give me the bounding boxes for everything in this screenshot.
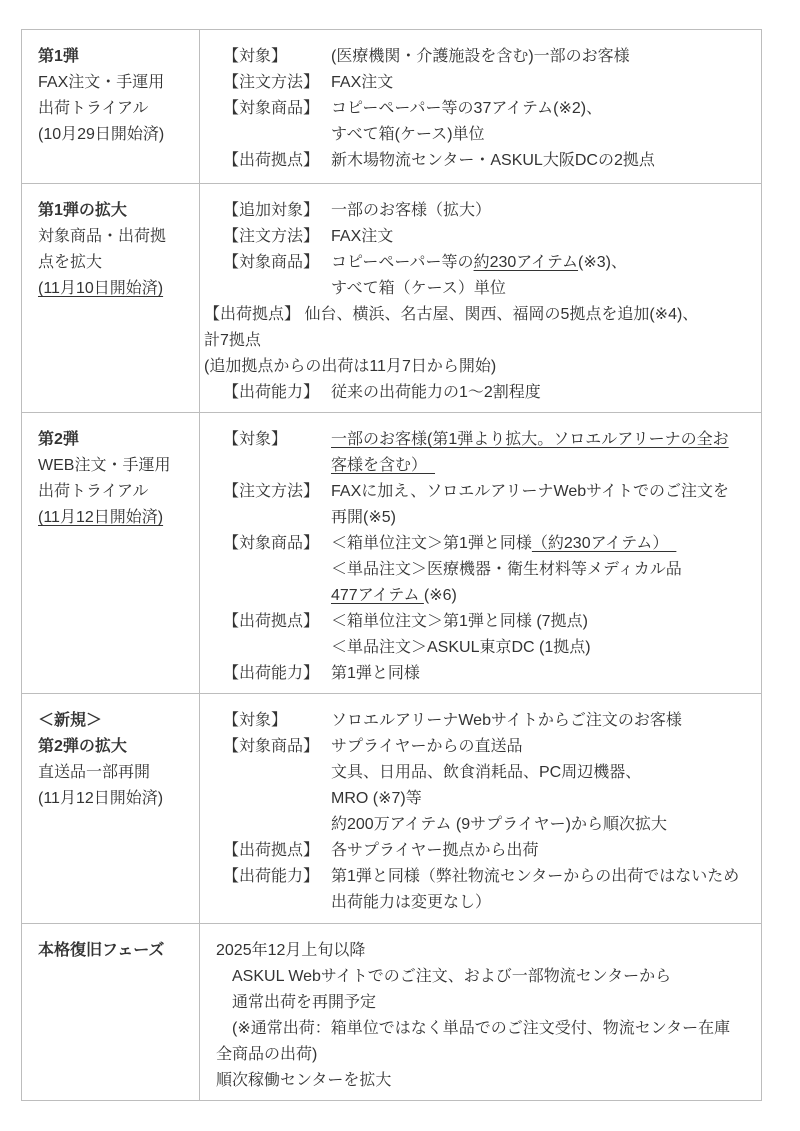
text-segment: 第1弾と同様 — [331, 665, 420, 682]
phase-line: ＜新規＞ — [38, 708, 191, 734]
text-segment: サプライヤーからの直送品 — [331, 738, 523, 755]
text-segment: 再開(※5) — [331, 509, 396, 526]
field-value: FAX注文 — [331, 224, 747, 250]
phase-line: 第2弾の拡大 — [38, 734, 191, 760]
text-segment: ＜箱単位注文＞第1弾と同様 — [331, 535, 532, 552]
text-segment: 約200万アイテム (9サプライヤー)から順次拡大 — [331, 816, 667, 833]
field-label: 【対象商品】 — [223, 734, 331, 760]
phase-cell: 第1弾FAX注文・手運用出荷トライアル(10月29日開始済) — [22, 30, 200, 184]
field-label: 【注文方法】 — [223, 479, 331, 505]
text-segment: すべて箱（ケース）単位 — [331, 280, 506, 297]
field-label: 【対象】 — [223, 427, 331, 453]
text-segment: (※3)、 — [578, 254, 627, 271]
field-label — [223, 505, 331, 531]
text-segment: 全商品の出荷) — [216, 1046, 317, 1063]
detail-line: 【注文方法】FAX注文 — [223, 70, 747, 96]
field-label: 【対象】 — [223, 44, 331, 70]
details-cell: 2025年12月上旬以降 ASKUL Webサイトでのご注文、および一部物流セン… — [200, 924, 762, 1101]
phase-line: (11月12日開始済) — [38, 505, 191, 531]
text-segment: (医療機関・介護施設を含む)一部のお客様 — [331, 48, 630, 65]
phase-line: FAX注文・手運用 — [38, 70, 191, 96]
detail-line: 【対象】(医療機関・介護施設を含む)一部のお客様 — [223, 44, 747, 70]
phase-line: (10月29日開始済) — [38, 122, 191, 148]
phase-line: 第2弾 — [38, 427, 191, 453]
underlined-text: 477アイテム — [331, 587, 424, 604]
field-value: サプライヤーからの直送品 — [331, 734, 747, 760]
text-segment: 出荷能力は変更なし） — [331, 894, 491, 911]
detail-line: (追加拠点からの出荷は11月7日から開始) — [204, 354, 747, 380]
field-label: 【出荷拠点】 — [223, 609, 331, 635]
text-segment: (追加拠点からの出荷は11月7日から開始) — [204, 358, 496, 375]
text-segment: ASKUL Webサイトでのご注文、および一部物流センターから — [216, 968, 671, 985]
detail-line: ＜単品注文＞ASKUL東京DC (1拠点) — [223, 635, 747, 661]
field-value: FAX注文 — [331, 70, 747, 96]
detail-line: ASKUL Webサイトでのご注文、および一部物流センターから — [204, 964, 747, 990]
field-value: コピーペーパー等の約230アイテム(※3)、 — [331, 250, 747, 276]
field-value: ＜箱単位注文＞第1弾と同様（約230アイテム） — [331, 531, 747, 557]
text-segment: 2025年12月上旬以降 — [216, 942, 365, 959]
phase-line: 本格復旧フェーズ — [38, 938, 191, 964]
field-value: ＜単品注文＞医療機器・衛生材料等メディカル品 — [331, 557, 747, 583]
detail-line: 出荷能力は変更なし） — [223, 890, 747, 916]
text-segment: ＜箱単位注文＞第1弾と同様 (7拠点) — [331, 613, 588, 630]
text-segment: 順次稼働センターを拡大 — [216, 1072, 391, 1089]
field-value: 従来の出荷能力の1～2割程度 — [331, 380, 747, 406]
field-label — [223, 812, 331, 838]
details-cell: 【対象】ソロエルアリーナWebサイトからご注文のお客様【対象商品】サプライヤーか… — [200, 694, 762, 924]
detail-line: 文具、日用品、飲食消耗品、PC周辺機器、 — [223, 760, 747, 786]
text-segment: すべて箱(ケース)単位 — [331, 126, 485, 143]
field-label — [223, 557, 331, 583]
text-segment: FAX注文 — [331, 74, 393, 91]
field-label: 【対象商品】 — [223, 96, 331, 122]
detail-line: 【追加対象】一部のお客様（拡大） — [223, 198, 747, 224]
text-segment: FAXに加え、ソロエルアリーナWebサイトでのご注文を — [331, 483, 729, 500]
field-value: すべて箱（ケース）単位 — [331, 276, 747, 302]
field-label: 【対象】 — [223, 708, 331, 734]
field-label — [223, 276, 331, 302]
text-segment: FAX注文 — [331, 228, 393, 245]
detail-line: すべて箱（ケース）単位 — [223, 276, 747, 302]
field-label: 【注文方法】 — [223, 224, 331, 250]
detail-line: MRO (※7)等 — [223, 786, 747, 812]
detail-line: 477アイテム (※6) — [223, 583, 747, 609]
phase-line: (11月12日開始済) — [38, 786, 191, 812]
phase-cell: 本格復旧フェーズ — [22, 924, 200, 1101]
detail-line: 【出荷拠点】新木場物流センター・ASKUL大阪DCの2拠点 — [223, 148, 747, 174]
text-segment: ＜単品注文＞ASKUL東京DC (1拠点) — [331, 639, 591, 656]
field-label: 【出荷拠点】 — [223, 838, 331, 864]
detail-line: 【対象商品】コピーペーパー等の約230アイテム(※3)、 — [223, 250, 747, 276]
detail-line: 【対象商品】＜箱単位注文＞第1弾と同様（約230アイテム） — [223, 531, 747, 557]
field-label — [223, 583, 331, 609]
detail-line: 客様を含む） — [223, 453, 747, 479]
field-value: 新木場物流センター・ASKUL大阪DCの2拠点 — [331, 148, 747, 174]
field-label: 【注文方法】 — [223, 70, 331, 96]
detail-line: 【出荷拠点】 仙台、横浜、名古屋、関西、福岡の5拠点を追加(※4)、 — [204, 302, 747, 328]
text-segment: 各サプライヤー拠点から出荷 — [331, 842, 539, 859]
detail-line: 【対象商品】サプライヤーからの直送品 — [223, 734, 747, 760]
underlined-text: （約230アイテム） — [532, 535, 676, 552]
field-value: 第1弾と同様 — [331, 661, 747, 687]
text-segment: ソロエルアリーナWebサイトからご注文のお客様 — [331, 712, 682, 729]
details-cell: 【対象】一部のお客様(第1弾より拡大。ソロエルアリーナの全お客様を含む） 【注文… — [200, 413, 762, 694]
field-label — [223, 890, 331, 916]
text-segment: コピーペーパー等の37アイテム(※2)、 — [331, 100, 602, 117]
text-segment: (※6) — [424, 587, 457, 604]
detail-line: 【出荷能力】第1弾と同様（弊社物流センターからの出荷ではないため — [223, 864, 747, 890]
detail-line: 【注文方法】FAXに加え、ソロエルアリーナWebサイトでのご注文を — [223, 479, 747, 505]
field-value: MRO (※7)等 — [331, 786, 747, 812]
table-body: 第1弾FAX注文・手運用出荷トライアル(10月29日開始済)【対象】(医療機関・… — [22, 30, 762, 1101]
field-label: 【追加対象】 — [223, 198, 331, 224]
field-value: 各サプライヤー拠点から出荷 — [331, 838, 747, 864]
detail-line: 2025年12月上旬以降 — [204, 938, 747, 964]
document-page: 第1弾FAX注文・手運用出荷トライアル(10月29日開始済)【対象】(医療機関・… — [0, 0, 800, 1131]
phase-cell: 第1弾の拡大対象商品・出荷拠点を拡大(11月10日開始済) — [22, 184, 200, 413]
detail-line: 【出荷拠点】＜箱単位注文＞第1弾と同様 (7拠点) — [223, 609, 747, 635]
field-label — [223, 635, 331, 661]
field-label: 【出荷能力】 — [223, 864, 331, 890]
phase-line: 出荷トライアル — [38, 479, 191, 505]
detail-line: 全商品の出荷) — [204, 1042, 747, 1068]
text-segment: 第1弾と同様（弊社物流センターからの出荷ではないため — [331, 868, 739, 885]
text-segment: 文具、日用品、飲食消耗品、PC周辺機器、 — [331, 764, 641, 781]
underlined-text: 一部のお客様(第1弾より拡大。ソロエルアリーナの全お — [331, 431, 729, 448]
field-label: 【対象商品】 — [223, 531, 331, 557]
phase-line: 点を拡大 — [38, 250, 191, 276]
text-segment: (※通常出荷：箱単位ではなく単品でのご注文受付、物流センター在庫 — [216, 1020, 730, 1037]
field-label: 【対象商品】 — [223, 250, 331, 276]
text-segment: 【出荷拠点】 仙台、横浜、名古屋、関西、福岡の5拠点を追加(※4)、 — [204, 306, 698, 323]
text-segment: 一部のお客様（拡大） — [331, 202, 491, 219]
table-row: 第1弾の拡大対象商品・出荷拠点を拡大(11月10日開始済)【追加対象】一部のお客… — [22, 184, 762, 413]
field-value: 再開(※5) — [331, 505, 747, 531]
detail-line: 通常出荷を再開予定 — [204, 990, 747, 1016]
table-row: ＜新規＞第2弾の拡大直送品一部再開(11月12日開始済)【対象】ソロエルアリーナ… — [22, 694, 762, 924]
field-label — [223, 786, 331, 812]
field-value: 約200万アイテム (9サプライヤー)から順次拡大 — [331, 812, 747, 838]
field-value: 文具、日用品、飲食消耗品、PC周辺機器、 — [331, 760, 747, 786]
detail-line: 約200万アイテム (9サプライヤー)から順次拡大 — [223, 812, 747, 838]
detail-line: 【対象】一部のお客様(第1弾より拡大。ソロエルアリーナの全お — [223, 427, 747, 453]
table-row: 第1弾FAX注文・手運用出荷トライアル(10月29日開始済)【対象】(医療機関・… — [22, 30, 762, 184]
phase-line: 出荷トライアル — [38, 96, 191, 122]
text-segment: 新木場物流センター・ASKUL大阪DCの2拠点 — [331, 152, 655, 169]
text-segment: 従来の出荷能力の1～2割程度 — [331, 384, 541, 401]
recovery-phase-table: 第1弾FAX注文・手運用出荷トライアル(10月29日開始済)【対象】(医療機関・… — [21, 29, 762, 1101]
detail-line: 【出荷能力】従来の出荷能力の1～2割程度 — [223, 380, 747, 406]
phase-line: 第1弾の拡大 — [38, 198, 191, 224]
detail-line: 計7拠点 — [204, 328, 747, 354]
field-label: 【出荷拠点】 — [223, 148, 331, 174]
field-value: 第1弾と同様（弊社物流センターからの出荷ではないため — [331, 864, 747, 890]
field-value: FAXに加え、ソロエルアリーナWebサイトでのご注文を — [331, 479, 747, 505]
detail-line: 【対象】ソロエルアリーナWebサイトからご注文のお客様 — [223, 708, 747, 734]
text-segment: ＜単品注文＞医療機器・衛生材料等メディカル品 — [331, 561, 682, 578]
details-cell: 【対象】(医療機関・介護施設を含む)一部のお客様【注文方法】FAX注文【対象商品… — [200, 30, 762, 184]
underlined-text: 客様を含む） — [331, 457, 435, 474]
phase-line: 第1弾 — [38, 44, 191, 70]
detail-line: 【出荷拠点】各サプライヤー拠点から出荷 — [223, 838, 747, 864]
detail-line: 【対象商品】コピーペーパー等の37アイテム(※2)、 — [223, 96, 747, 122]
field-label: 【出荷能力】 — [223, 380, 331, 406]
detail-line: 再開(※5) — [223, 505, 747, 531]
field-value: すべて箱(ケース)単位 — [331, 122, 747, 148]
detail-line: すべて箱(ケース)単位 — [223, 122, 747, 148]
field-value: (医療機関・介護施設を含む)一部のお客様 — [331, 44, 747, 70]
field-label: 【出荷能力】 — [223, 661, 331, 687]
field-label — [223, 760, 331, 786]
text-segment: 計7拠点 — [204, 332, 261, 349]
phase-line: 対象商品・出荷拠 — [38, 224, 191, 250]
field-label — [223, 453, 331, 479]
phase-line: WEB注文・手運用 — [38, 453, 191, 479]
field-value: 477アイテム (※6) — [331, 583, 747, 609]
underlined-text: 約230アイテム — [474, 254, 578, 271]
field-value: ＜箱単位注文＞第1弾と同様 (7拠点) — [331, 609, 747, 635]
field-value: ＜単品注文＞ASKUL東京DC (1拠点) — [331, 635, 747, 661]
phase-cell: 第2弾WEB注文・手運用出荷トライアル(11月12日開始済) — [22, 413, 200, 694]
text-segment: MRO (※7)等 — [331, 790, 422, 807]
field-value: コピーペーパー等の37アイテム(※2)、 — [331, 96, 747, 122]
detail-line: (※通常出荷：箱単位ではなく単品でのご注文受付、物流センター在庫 — [204, 1016, 747, 1042]
table-row: 本格復旧フェーズ2025年12月上旬以降 ASKUL Webサイトでのご注文、お… — [22, 924, 762, 1101]
details-cell: 【追加対象】一部のお客様（拡大）【注文方法】FAX注文【対象商品】コピーペーパー… — [200, 184, 762, 413]
detail-line: 順次稼働センターを拡大 — [204, 1068, 747, 1094]
field-label — [223, 122, 331, 148]
field-value: 出荷能力は変更なし） — [331, 890, 747, 916]
phase-cell: ＜新規＞第2弾の拡大直送品一部再開(11月12日開始済) — [22, 694, 200, 924]
text-segment: コピーペーパー等の — [331, 254, 474, 271]
text-segment: 通常出荷を再開予定 — [216, 994, 376, 1011]
detail-line: ＜単品注文＞医療機器・衛生材料等メディカル品 — [223, 557, 747, 583]
field-value: 一部のお客様（拡大） — [331, 198, 747, 224]
detail-line: 【出荷能力】第1弾と同様 — [223, 661, 747, 687]
field-value: ソロエルアリーナWebサイトからご注文のお客様 — [331, 708, 747, 734]
detail-line: 【注文方法】FAX注文 — [223, 224, 747, 250]
field-value: 客様を含む） — [331, 453, 747, 479]
phase-line: (11月10日開始済) — [38, 276, 191, 302]
phase-line: 直送品一部再開 — [38, 760, 191, 786]
table-row: 第2弾WEB注文・手運用出荷トライアル(11月12日開始済)【対象】一部のお客様… — [22, 413, 762, 694]
field-value: 一部のお客様(第1弾より拡大。ソロエルアリーナの全お — [331, 427, 747, 453]
